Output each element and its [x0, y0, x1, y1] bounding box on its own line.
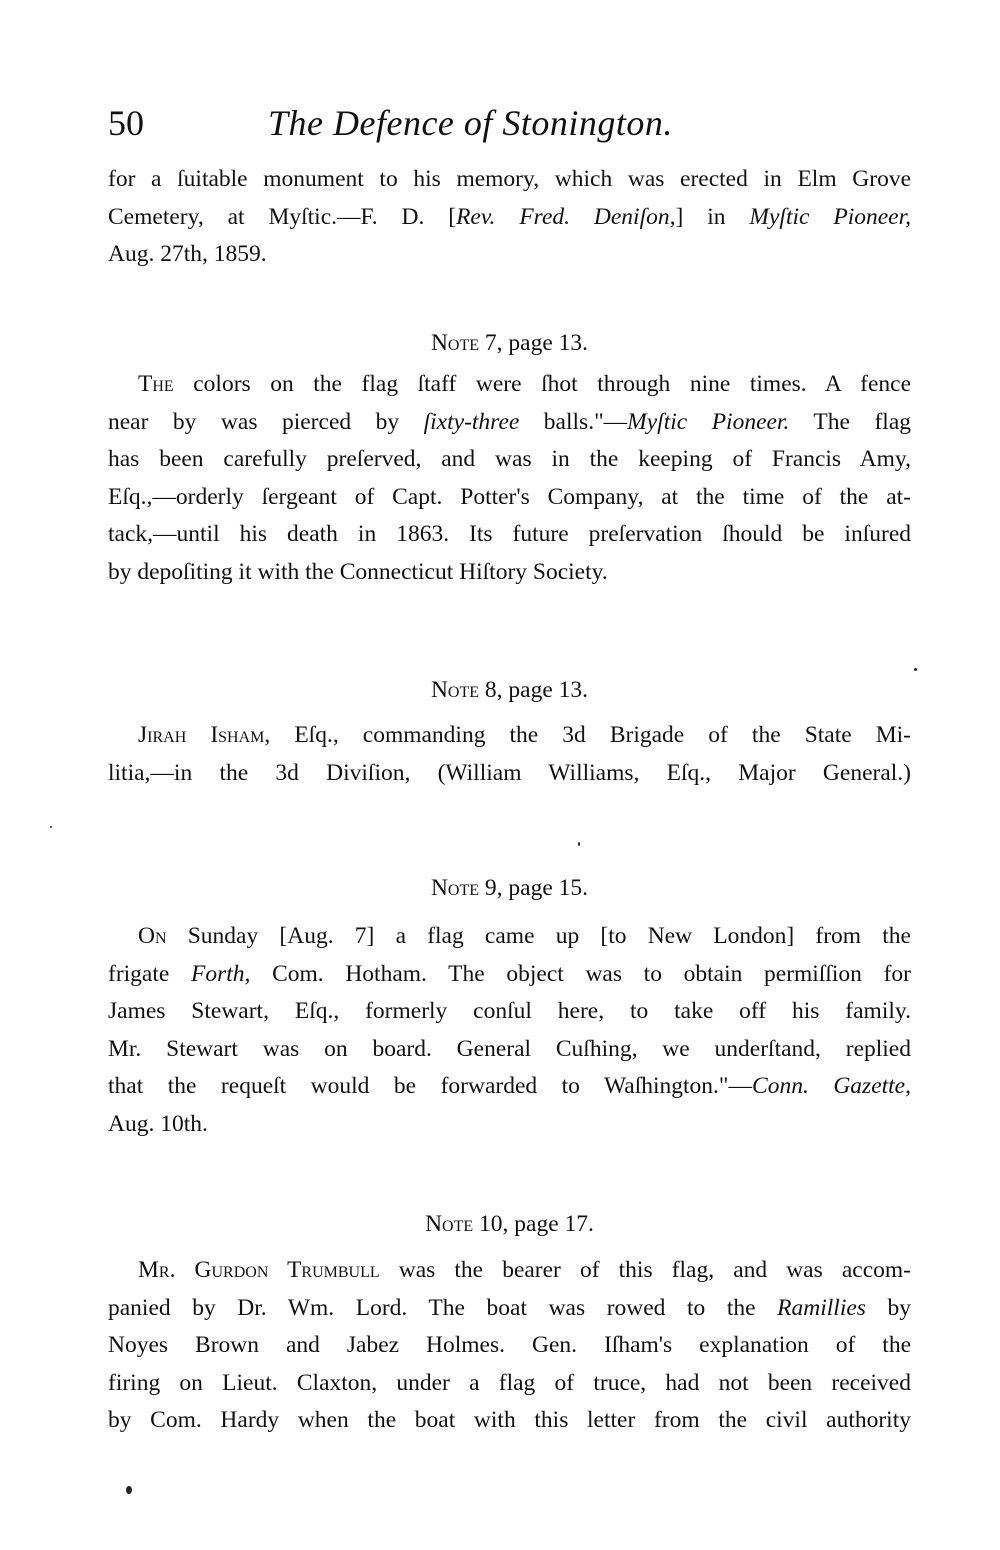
note-9-paragraph: On Sunday [Aug. 7] a flag came up [to Ne… [108, 918, 911, 1143]
note-10-heading: Note 10, page 17. [108, 1206, 911, 1243]
ship-name: Ramillies [777, 1295, 866, 1321]
page-number: 50 [108, 98, 144, 148]
text-line: Aug. 10th. [108, 1106, 911, 1144]
text-line: near by was pierced by ſixty-three balls… [108, 404, 911, 442]
text-line: by depoſiting it with the Connecticut Hi… [108, 554, 911, 592]
text-line: tack,—until his death in 1863. Its futur… [108, 516, 911, 554]
text-line: On Sunday [Aug. 7] a flag came up [to Ne… [108, 918, 911, 956]
text-line: The colors on the flag ſtaff were ſhot t… [108, 366, 911, 404]
note-7-heading: Note 7, page 13. [108, 325, 911, 362]
text-line: Aug. 27th, 1859. [108, 236, 911, 274]
text-line: for a ſuitable monument to his memory, w… [108, 161, 911, 199]
scan-speck [914, 668, 917, 671]
note-8-paragraph: Jirah Isham, Eſq., commanding the 3d Bri… [108, 717, 911, 792]
note-10-paragraph: Mr. Gurdon Trumbull was the bearer of th… [108, 1252, 911, 1440]
text-line: Mr. Stewart was on board. General Cuſhin… [108, 1031, 911, 1069]
text-line: litia,—in the 3d Diviſion, (William Will… [108, 755, 911, 793]
citation-author: Rev. Fred. Deniſon, [456, 204, 675, 230]
text-line: firing on Lieut. Claxton, under a flag o… [108, 1365, 911, 1403]
ship-name: Forth [191, 961, 245, 987]
text-line: panied by Dr. Wm. Lord. The boat was row… [108, 1290, 911, 1328]
citation-source: Conn. Gazette, [752, 1073, 911, 1099]
note-7-paragraph: The colors on the flag ſtaff were ſhot t… [108, 366, 911, 591]
text-line: has been carefully preſerved, and was in… [108, 441, 911, 479]
note-8-heading: Note 8, page 13. [108, 672, 911, 709]
running-title: The Defence of Stonington. [268, 98, 673, 148]
text-line: by Com. Hardy when the boat with this le… [108, 1402, 911, 1440]
continuation-paragraph: for a ſuitable monument to his memory, w… [108, 161, 911, 274]
citation-source: Myſtic Pioneer. [627, 409, 789, 435]
text-line: frigate Forth, Com. Hotham. The object w… [108, 956, 911, 994]
text-line: Mr. Gurdon Trumbull was the bearer of th… [108, 1252, 911, 1290]
text-line: Eſq.,—orderly ſergeant of Capt. Potter's… [108, 479, 911, 517]
page-header: 50 The Defence of Stonington. [108, 98, 928, 148]
scan-speck [50, 826, 52, 828]
text-line: Cemetery, at Myſtic.—F. D. [Rev. Fred. D… [108, 199, 911, 237]
scan-speck [578, 842, 580, 846]
citation-source: Myſtic Pioneer, [749, 204, 911, 230]
text-line: Jirah Isham, Eſq., commanding the 3d Bri… [108, 717, 911, 755]
note-9-heading: Note 9, page 15. [108, 870, 911, 907]
scan-speck [126, 1486, 132, 1494]
text-line: that the requeſt would be forwarded to W… [108, 1068, 911, 1106]
text-line: James Stewart, Eſq., formerly conſul her… [108, 993, 911, 1031]
text-line: Noyes Brown and Jabez Holmes. Gen. Iſham… [108, 1327, 911, 1365]
